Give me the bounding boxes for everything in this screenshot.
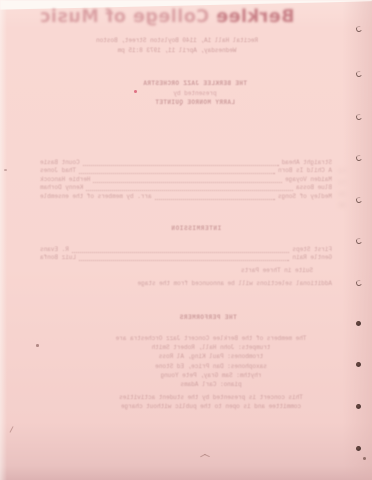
composer-name: arr. by members of the ensemble [40,193,152,201]
program-list-part1: Straight AheadCount Basie A Child Is Bor… [40,159,332,202]
performer-line: committee and is open to the public with… [85,402,337,411]
dot-leader [79,256,289,261]
piece-title: Blue Bossa [296,184,332,192]
dust-speck [363,457,366,460]
piece-title: First Steps [292,246,332,254]
composer-name: R. Evans [40,246,69,254]
performer-line: trumpets: John Hall, Robert Smith [85,343,337,352]
date-line: Wednesday, April 11, 1973 8:15 pm [0,47,354,55]
piece-title: A Child Is Born [278,167,332,175]
composer-name: Luiz Bonfa [40,254,76,262]
program-note-line: Additional selections will be announced … [40,280,332,289]
bleed-through-layer: Berklee College of Music Recital Hall 1A… [0,0,372,480]
college-logo-text: Berklee College of Music [0,7,334,27]
performers-list: The members of the Berklee Concert Jazz … [85,334,337,412]
binding-hole-icon [356,362,361,367]
dot-leader [72,248,290,253]
college-logo-rest: College of Music [40,7,210,27]
dot-leader [83,161,279,166]
binding-hole-icon [356,446,361,451]
piece-title: Maiden Voyage [285,176,332,184]
composer-name: Count Basie [40,159,80,167]
ensemble-name: LARRY MONROE QUINTET [18,99,372,107]
piece-title: Gentle Rain [292,254,332,262]
college-logo-berklee: Berklee [209,7,294,27]
program-row: Maiden VoyageHerbie Hancock [40,176,332,185]
program-row: Straight AheadCount Basie [40,159,332,168]
dot-leader [86,186,293,191]
performers-heading: THE PERFORMERS [44,314,372,322]
program-list-part2: First StepsR. Evans Gentle RainLuiz Bonf… [40,246,332,289]
program-row: A Child Is BornThad Jones [40,167,332,176]
binding-hole-icon [356,404,361,409]
performer-line: piano: Carl Adams [85,380,337,389]
performer-line: saxophones: Dan Price, Ed Stone [85,362,337,371]
program-row: Gentle RainLuiz Bonfa [40,254,332,263]
composer-name: Thad Jones [40,167,76,175]
pencil-caret-mark [200,453,210,459]
performer-line: rhythm: Sam Gray, Pete Young [85,371,337,380]
composer-name: Kenny Dorham [40,184,83,192]
piece-title: Straight Ahead [282,159,332,167]
program-subtitle-line: Suite in Three Parts [40,267,332,276]
performer-line: The members of the Berklee Concert Jazz … [85,334,337,343]
intermission-heading: INTERMISSION [20,225,372,233]
performer-line: trombones: Paul King, Al Ross [85,352,337,361]
concert-title: THE BERKLEE JAZZ ORCHESTRA [18,80,372,88]
dust-speck [36,344,39,347]
composer-name: Herbie Hancock [40,176,90,184]
performer-line: This concert is presented by the student… [85,393,337,402]
presented-by-label: presented by [18,90,372,98]
piece-title: Medley of Songs [278,193,332,201]
dot-leader [93,178,282,183]
dot-leader [79,169,275,174]
red-ink-speck [134,90,137,93]
program-row: Medley of Songsarr. by members of the en… [40,193,332,202]
program-row: First StepsR. Evans [40,246,332,255]
dust-speck [4,169,7,171]
program-row: Blue BossaKenny Dorham [40,184,332,193]
dot-leader [155,195,275,200]
binding-hole-icon [356,321,361,326]
address-line: Recital Hall 1A, 1140 Boylston Street, B… [0,37,354,45]
faint-smudge: 1140 [333,168,346,264]
